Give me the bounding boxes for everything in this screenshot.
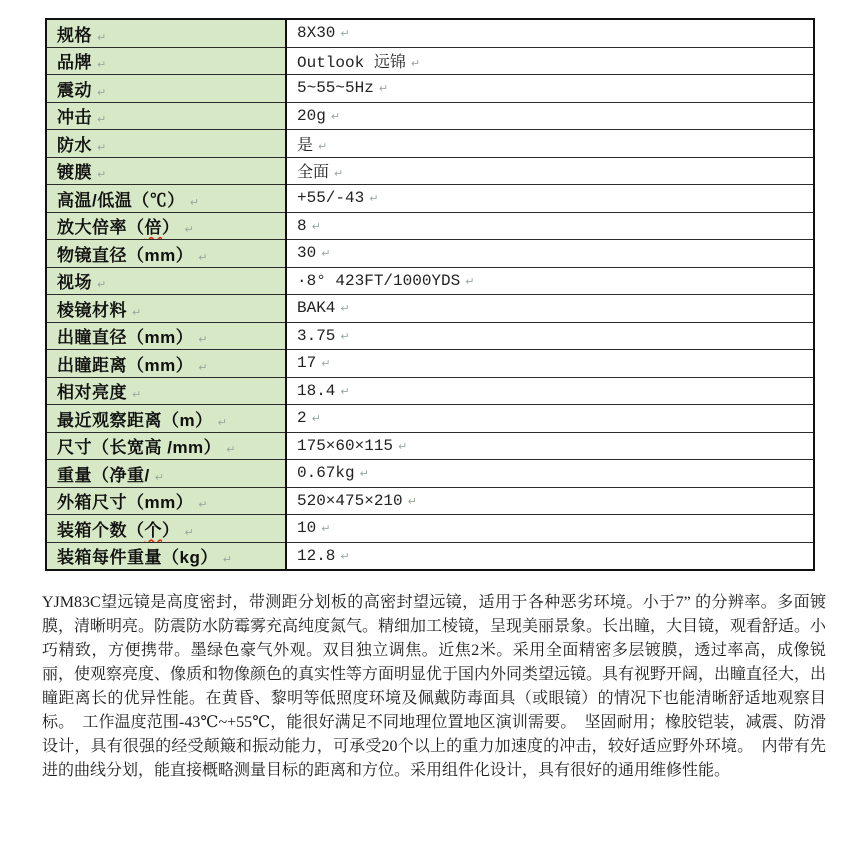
spec-table: 规格↵8X30↵品牌↵Outlook 远锦↵震动↵5~55~5Hz↵冲击↵20g… <box>45 18 815 571</box>
spec-value: 175×60×115 <box>297 437 393 455</box>
spec-value-cell: ·8° 423FT/1000YDS↵ <box>286 267 814 295</box>
paragraph-mark-icon: ↵ <box>97 278 107 291</box>
spec-label-cell: 放大倍率（倍）↵ <box>46 212 286 240</box>
spec-value-cell: 17↵ <box>286 350 814 378</box>
spec-value: 0.67kg <box>297 464 355 482</box>
paragraph-mark-icon: ↵ <box>318 140 327 153</box>
spec-label-cell: 规格↵ <box>46 19 286 47</box>
paragraph-mark-icon: ↵ <box>340 302 349 315</box>
paragraph-mark-icon: ↵ <box>132 388 142 401</box>
spec-row: 放大倍率（倍）↵8↵ <box>46 212 814 240</box>
paragraph-mark-icon: ↵ <box>218 416 228 429</box>
spec-row: 冲击↵20g↵ <box>46 102 814 130</box>
spec-value: 8X30 <box>297 24 335 42</box>
paragraph-mark-icon: ↵ <box>321 522 330 535</box>
paragraph-mark-icon: ↵ <box>198 251 208 264</box>
spec-label-cell: 品牌↵ <box>46 47 286 75</box>
spec-row: 重量（净重/↵0.67kg↵ <box>46 460 814 488</box>
spec-value-cell: 全面↵ <box>286 157 814 185</box>
spec-label-cell: 视场↵ <box>46 267 286 295</box>
paragraph-mark-icon: ↵ <box>97 141 107 154</box>
spec-value-cell: +55/-43↵ <box>286 185 814 213</box>
spec-label-cell: 震动↵ <box>46 75 286 103</box>
spec-value-cell: 175×60×115↵ <box>286 432 814 460</box>
spec-value-cell: 30↵ <box>286 240 814 268</box>
spec-label-cell: 棱镜材料↵ <box>46 295 286 323</box>
spec-value: ·8° 423FT/1000YDS <box>297 272 460 290</box>
spec-value-cell: 18.4↵ <box>286 377 814 405</box>
spec-row: 外箱尺寸（mm）↵520×475×210↵ <box>46 487 814 515</box>
spec-value: BAK4 <box>297 299 335 317</box>
spec-label-cell: 尺寸（长宽高 /mm）↵ <box>46 432 286 460</box>
spec-row: 视场↵·8° 423FT/1000YDS↵ <box>46 267 814 295</box>
spec-label-cell: 出瞳距离（mm）↵ <box>46 350 286 378</box>
spec-value-cell: 8X30↵ <box>286 19 814 47</box>
paragraph-mark-icon: ↵ <box>132 306 142 319</box>
spec-value: 3.75 <box>297 327 335 345</box>
paragraph-mark-icon: ↵ <box>331 110 340 123</box>
paragraph-mark-icon: ↵ <box>312 220 321 233</box>
spec-value: 17 <box>297 354 316 372</box>
spec-row: 震动↵5~55~5Hz↵ <box>46 75 814 103</box>
spec-label-cell: 高温/低温（℃）↵ <box>46 185 286 213</box>
spec-label: 防水 <box>57 136 92 155</box>
paragraph-mark-icon: ↵ <box>312 412 321 425</box>
spec-value-cell: 520×475×210↵ <box>286 487 814 515</box>
spec-label: 尺寸（长宽高 /mm） <box>57 438 221 457</box>
spec-value-cell: 12.8↵ <box>286 542 814 570</box>
paragraph-mark-icon: ↵ <box>321 247 330 260</box>
paragraph-mark-icon: ↵ <box>185 526 195 539</box>
spec-row: 高温/低温（℃）↵+55/-43↵ <box>46 185 814 213</box>
paragraph-mark-icon: ↵ <box>340 385 349 398</box>
spec-value-cell: 20g↵ <box>286 102 814 130</box>
paragraph-mark-icon: ↵ <box>198 498 208 511</box>
spec-value: 是 <box>297 137 313 155</box>
paragraph-mark-icon: ↵ <box>408 495 417 508</box>
paragraph-mark-icon: ↵ <box>321 357 330 370</box>
product-description: YJM83C望远镜是高度密封，带测距分划板的高密封望远镜，适用于各种恶劣环境。小… <box>42 591 826 783</box>
spellcheck-underline: 倍 <box>145 218 163 237</box>
paragraph-mark-icon: ↵ <box>360 467 369 480</box>
spec-label-cell: 相对亮度↵ <box>46 377 286 405</box>
spec-label: 品牌 <box>57 53 92 72</box>
spec-value: 18.4 <box>297 382 335 400</box>
spec-row: 镀膜↵全面↵ <box>46 157 814 185</box>
paragraph-mark-icon: ↵ <box>198 361 208 374</box>
spellcheck-underline: 个 <box>145 521 163 540</box>
spec-label-cell: 冲击↵ <box>46 102 286 130</box>
spec-value: Outlook 远锦 <box>297 54 406 72</box>
spec-row: 出瞳距离（mm）↵17↵ <box>46 350 814 378</box>
spec-label-cell: 外箱尺寸（mm）↵ <box>46 487 286 515</box>
spec-value-cell: 2↵ <box>286 405 814 433</box>
spec-value-cell: 是↵ <box>286 130 814 158</box>
spec-value: 30 <box>297 244 316 262</box>
spec-label: 视场 <box>57 273 92 292</box>
spec-value-cell: 0.67kg↵ <box>286 460 814 488</box>
spec-label: 高温/低温（℃） <box>57 191 185 210</box>
paragraph-mark-icon: ↵ <box>97 168 107 181</box>
paragraph-mark-icon: ↵ <box>340 550 349 563</box>
spec-label-cell: 重量（净重/↵ <box>46 460 286 488</box>
spec-label-cell: 装箱个数（个）↵ <box>46 515 286 543</box>
spec-value: +55/-43 <box>297 189 364 207</box>
paragraph-mark-icon: ↵ <box>198 333 208 346</box>
paragraph-mark-icon: ↵ <box>185 223 195 236</box>
spec-label-cell: 镀膜↵ <box>46 157 286 185</box>
spec-value: 520×475×210 <box>297 492 403 510</box>
paragraph-mark-icon: ↵ <box>334 167 343 180</box>
paragraph-mark-icon: ↵ <box>226 443 236 456</box>
paragraph-mark-icon: ↵ <box>340 27 349 40</box>
paragraph-mark-icon: ↵ <box>97 86 107 99</box>
spec-label: 出瞳直径（mm） <box>57 328 193 347</box>
paragraph-mark-icon: ↵ <box>223 553 233 566</box>
spec-value: 20g <box>297 107 326 125</box>
spec-label: 棱镜材料 <box>57 301 127 320</box>
spec-value-cell: 3.75↵ <box>286 322 814 350</box>
paragraph-mark-icon: ↵ <box>155 471 165 484</box>
spec-row: 规格↵8X30↵ <box>46 19 814 47</box>
spec-value: 8 <box>297 217 307 235</box>
paragraph-mark-icon: ↵ <box>465 275 474 288</box>
spec-label: 装箱每件重量（kg） <box>57 548 218 567</box>
spec-label-cell: 最近观察距离（m）↵ <box>46 405 286 433</box>
spec-row: 装箱每件重量（kg）↵12.8↵ <box>46 542 814 570</box>
spec-label: 相对亮度 <box>57 383 127 402</box>
spec-row: 品牌↵Outlook 远锦↵ <box>46 47 814 75</box>
spec-row: 物镜直径（mm）↵30↵ <box>46 240 814 268</box>
spec-value: 10 <box>297 519 316 537</box>
spec-label: 规格 <box>57 26 92 45</box>
paragraph-mark-icon: ↵ <box>97 113 107 126</box>
paragraph-mark-icon: ↵ <box>340 330 349 343</box>
paragraph-mark-icon: ↵ <box>369 192 378 205</box>
spec-row: 出瞳直径（mm）↵3.75↵ <box>46 322 814 350</box>
spec-label: 放大倍率（倍） <box>57 218 180 237</box>
spec-row: 尺寸（长宽高 /mm）↵175×60×115↵ <box>46 432 814 460</box>
spec-label-cell: 防水↵ <box>46 130 286 158</box>
spec-label: 最近观察距离（m） <box>57 411 213 430</box>
paragraph-mark-icon: ↵ <box>190 196 200 209</box>
paragraph-mark-icon: ↵ <box>411 57 420 70</box>
spec-value: 2 <box>297 409 307 427</box>
spec-value: 5~55~5Hz <box>297 79 374 97</box>
spec-value-cell: 10↵ <box>286 515 814 543</box>
spec-label-cell: 装箱每件重量（kg）↵ <box>46 542 286 570</box>
spec-row: 相对亮度↵18.4↵ <box>46 377 814 405</box>
spec-value: 全面 <box>297 164 329 182</box>
paragraph-mark-icon: ↵ <box>379 82 388 95</box>
spec-label: 镀膜 <box>57 163 92 182</box>
spec-label: 装箱个数（个） <box>57 521 180 540</box>
spec-label-cell: 物镜直径（mm）↵ <box>46 240 286 268</box>
spec-row: 防水↵是↵ <box>46 130 814 158</box>
spec-label-cell: 出瞳直径（mm）↵ <box>46 322 286 350</box>
spec-row: 棱镜材料↵BAK4↵ <box>46 295 814 323</box>
spec-value-cell: 5~55~5Hz↵ <box>286 75 814 103</box>
spec-row: 最近观察距离（m）↵2↵ <box>46 405 814 433</box>
spec-value: 12.8 <box>297 547 335 565</box>
spec-row: 装箱个数（个）↵10↵ <box>46 515 814 543</box>
spec-label: 出瞳距离（mm） <box>57 356 193 375</box>
spec-label: 震动 <box>57 81 92 100</box>
document-page: 规格↵8X30↵品牌↵Outlook 远锦↵震动↵5~55~5Hz↵冲击↵20g… <box>0 0 857 857</box>
spec-label: 外箱尺寸（mm） <box>57 493 193 512</box>
spec-label: 重量（净重/ <box>57 466 150 485</box>
spec-label: 冲击 <box>57 108 92 127</box>
paragraph-mark-icon: ↵ <box>398 440 407 453</box>
paragraph-mark-icon: ↵ <box>97 31 107 44</box>
spec-label: 物镜直径（mm） <box>57 246 193 265</box>
spec-value-cell: 8↵ <box>286 212 814 240</box>
spec-value-cell: Outlook 远锦↵ <box>286 47 814 75</box>
paragraph-mark-icon: ↵ <box>97 58 107 71</box>
spec-value-cell: BAK4↵ <box>286 295 814 323</box>
